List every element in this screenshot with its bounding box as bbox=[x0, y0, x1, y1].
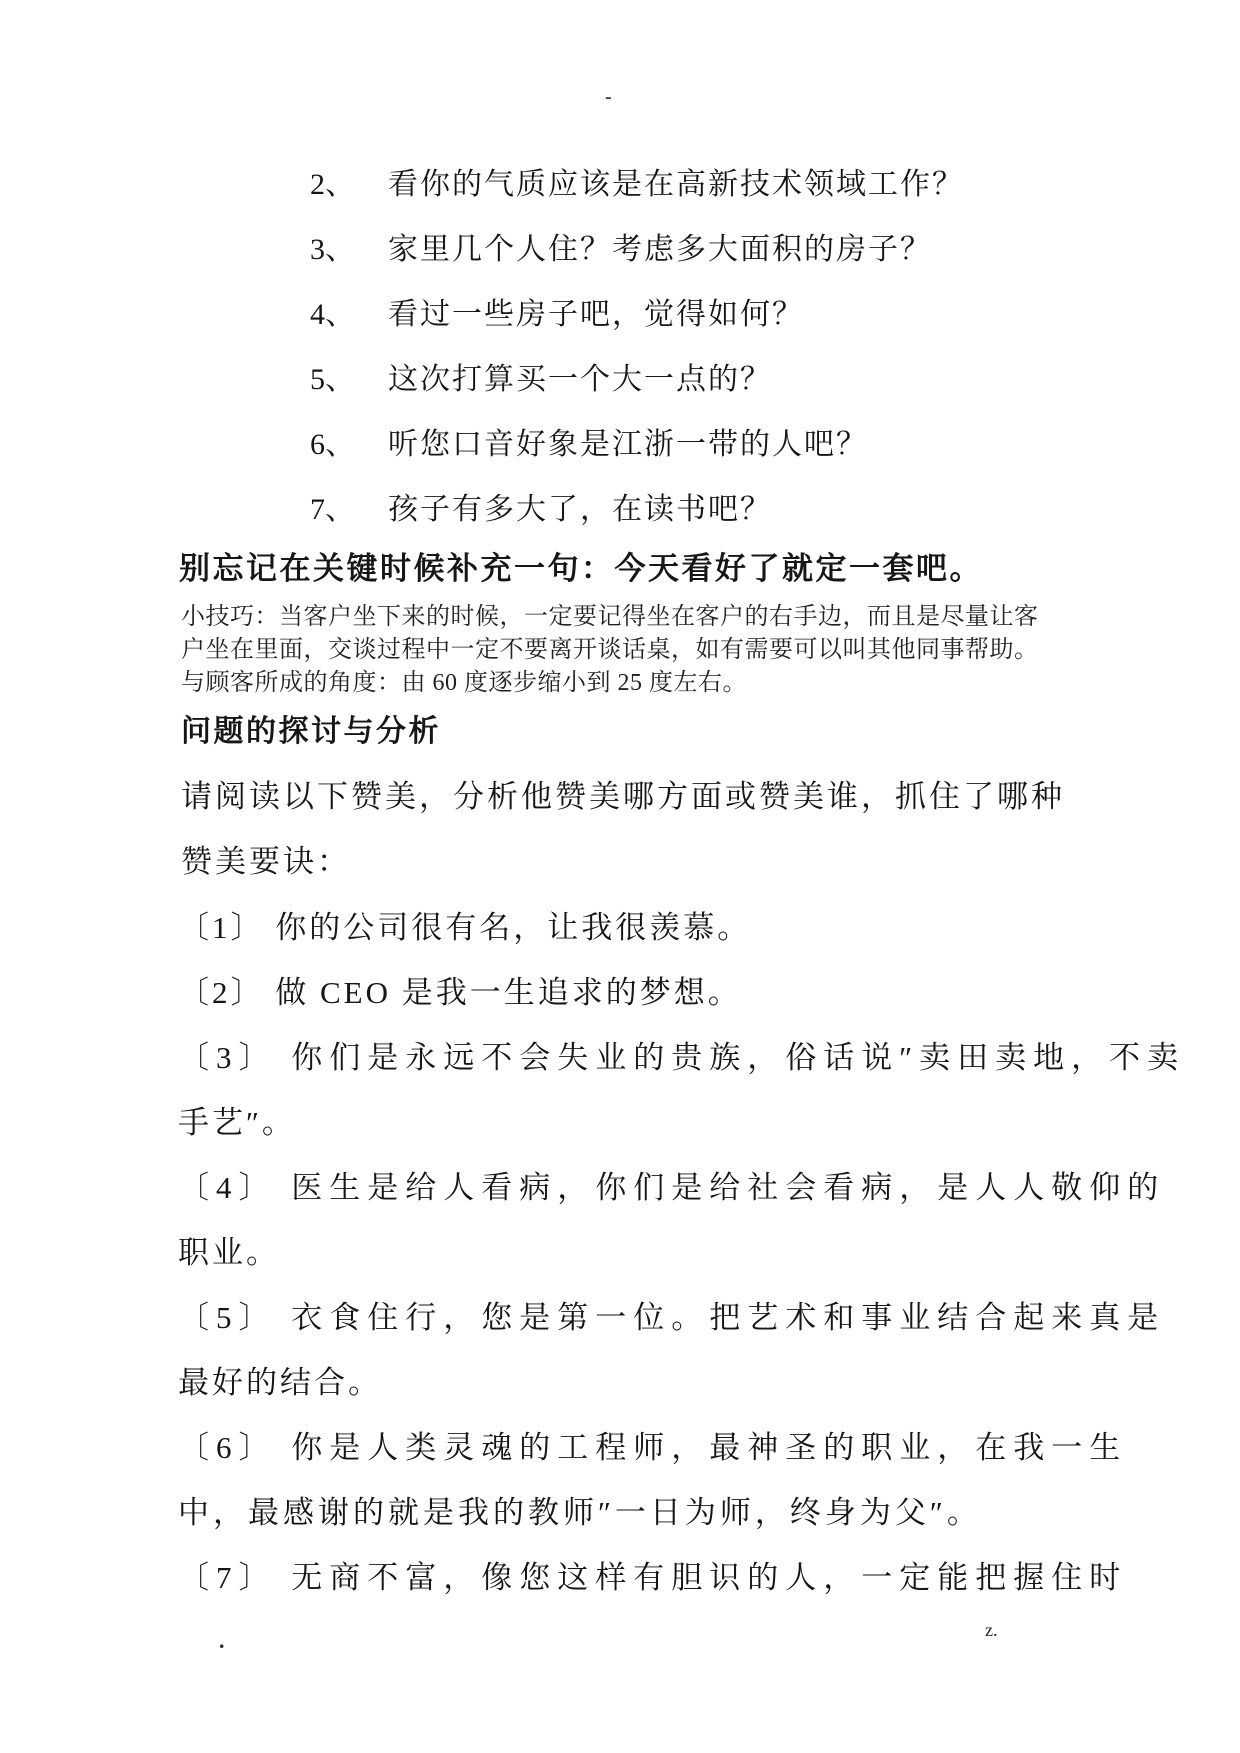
question-item: 7、孩子有多大了，在读书吧？ bbox=[310, 493, 772, 527]
question-text: 听您口音好象是江浙一带的人吧？ bbox=[388, 428, 868, 461]
question-number: 2、 bbox=[310, 168, 388, 202]
question-text: 家里几个人住？考虑多大面积的房子？ bbox=[388, 233, 932, 266]
question-number: 7、 bbox=[310, 493, 388, 527]
question-text: 孩子有多大了，在读书吧？ bbox=[388, 493, 772, 526]
question-number: 3、 bbox=[310, 233, 388, 267]
intro-line: 请阅读以下赞美，分析他赞美哪方面或赞美谁，抓住了哪种 bbox=[181, 779, 1065, 814]
question-text: 看你的气质应该是在高新技术领域工作？ bbox=[388, 168, 964, 201]
page-bottom-left-mark: . bbox=[219, 1628, 225, 1654]
intro-line: 赞美要诀： bbox=[181, 844, 351, 879]
tip-line: 户坐在里面，交谈过程中一定不要离开谈话桌，如有需要可以叫其他同事帮助。 bbox=[181, 637, 1039, 664]
analysis-line: 手艺″。 bbox=[178, 1105, 296, 1140]
question-number: 6、 bbox=[310, 428, 388, 462]
document-page: - 2、看你的气质应该是在高新技术领域工作？ 3、家里几个人住？考虑多大面积的房… bbox=[0, 0, 1240, 1753]
analysis-line: 〔1〕 你的公司很有名，让我很羡慕。 bbox=[178, 910, 751, 945]
analysis-line: 〔3〕 你们是永远不会失业的贵族，俗话说″卖田卖地，不卖 bbox=[178, 1040, 1185, 1075]
question-item: 2、看你的气质应该是在高新技术领域工作？ bbox=[310, 168, 964, 202]
section-heading: 问题的探讨与分析 bbox=[181, 714, 441, 749]
page-bottom-right-mark: z. bbox=[985, 1620, 998, 1641]
reminder-sentence: 别忘记在关键时候补充一句：今天看好了就定一套吧。 bbox=[179, 551, 983, 587]
question-item: 6、听您口音好象是江浙一带的人吧？ bbox=[310, 428, 868, 462]
question-item: 4、看过一些房子吧，觉得如何？ bbox=[310, 298, 804, 332]
question-text: 这次打算买一个大一点的？ bbox=[388, 363, 772, 396]
analysis-line: 〔2〕 做 CEO 是我一生追求的梦想。 bbox=[178, 975, 742, 1010]
question-number: 4、 bbox=[310, 298, 388, 332]
question-item: 5、这次打算买一个大一点的？ bbox=[310, 363, 772, 397]
analysis-line: 〔7〕 无商不富，像您这样有胆识的人，一定能把握住时 bbox=[178, 1560, 1127, 1595]
tip-line: 小技巧：当客户坐下来的时候，一定要记得坐在客户的右手边，而且是尽量让客 bbox=[181, 604, 1039, 631]
analysis-line: 职业。 bbox=[178, 1235, 280, 1270]
question-item: 3、家里几个人住？考虑多大面积的房子？ bbox=[310, 233, 932, 267]
analysis-line: 〔5〕 衣食住行，您是第一位。把艺术和事业结合起来真是 bbox=[178, 1300, 1165, 1335]
tip-line: 与顾客所成的角度：由 60 度逐步缩小到 25 度左右。 bbox=[181, 670, 747, 697]
analysis-line: 中，最感谢的就是我的教师″一日为师，终身为父″。 bbox=[178, 1495, 982, 1530]
page-top-mark: - bbox=[605, 86, 612, 109]
question-text: 看过一些房子吧，觉得如何？ bbox=[388, 298, 804, 331]
analysis-line: 最好的结合。 bbox=[178, 1365, 382, 1400]
analysis-line: 〔6〕 你是人类灵魂的工程师，最神圣的职业，在我一生 bbox=[178, 1430, 1127, 1465]
question-number: 5、 bbox=[310, 363, 388, 397]
analysis-line: 〔4〕 医生是给人看病，你们是给社会看病，是人人敬仰的 bbox=[178, 1170, 1165, 1205]
